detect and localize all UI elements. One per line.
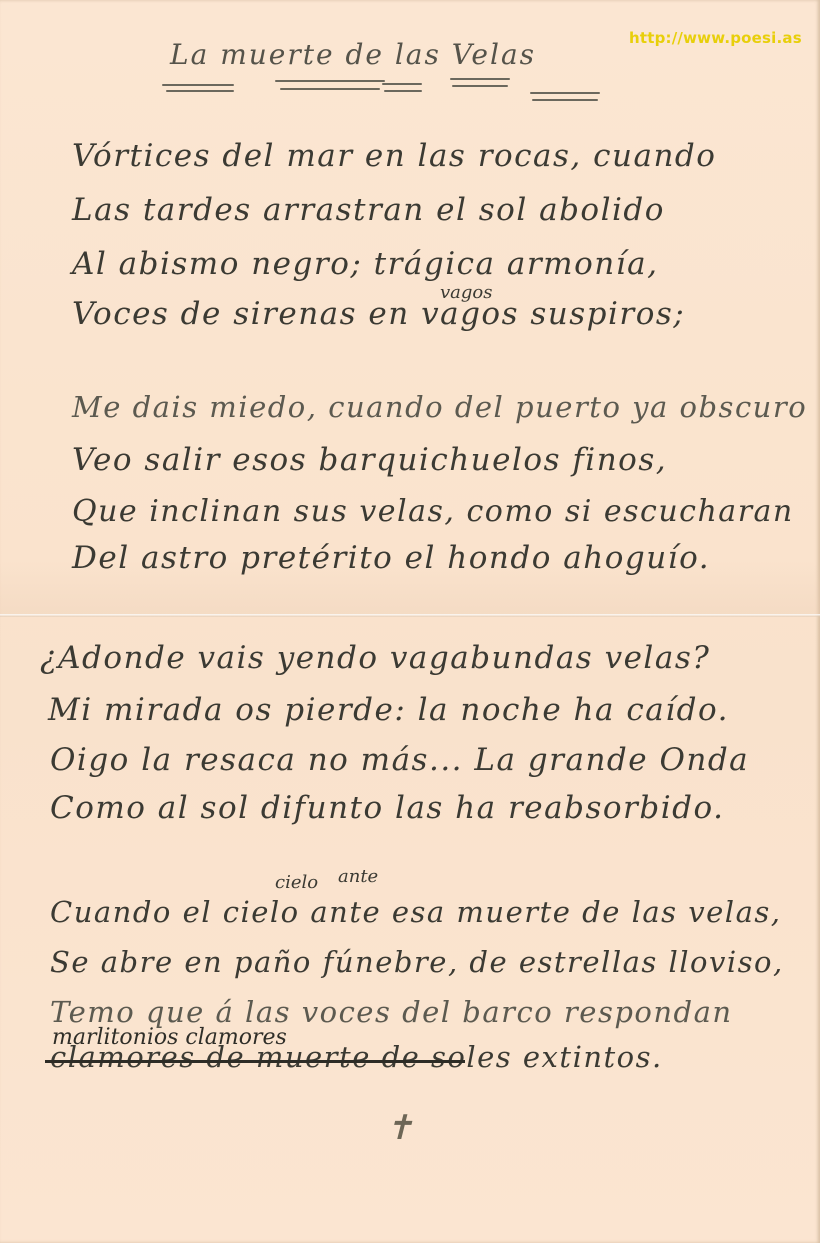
poem-line: clamores de muerte de soles extintos. — [50, 1040, 663, 1074]
poem-line: Se abre en paño fúnebre, de estrellas ll… — [50, 945, 784, 979]
poem-line: Temo que á las voces del barco respondan — [50, 995, 733, 1029]
title-underline — [384, 90, 422, 92]
title-underline — [280, 88, 380, 90]
page-fold-line — [0, 614, 820, 617]
correction-insert: ante — [338, 866, 378, 887]
poem-line: Oigo la resaca no más... La grande Onda — [50, 742, 749, 778]
title-underline — [450, 78, 510, 80]
poem-line: Mi mirada os pierde: la noche ha caído. — [48, 692, 729, 728]
poem-line: Voces de sirenas en vagos suspiros; — [72, 296, 685, 332]
poem-line: Como al sol difunto las ha reabsorbido. — [50, 790, 724, 826]
title-underline — [382, 83, 422, 85]
strikethrough-mark — [45, 1060, 465, 1063]
end-flourish-icon: ✝ — [385, 1108, 414, 1148]
poem-line: ¿Adonde vais yendo vagabundas velas? — [40, 640, 710, 676]
correction-insert: vagos — [440, 282, 493, 303]
poem-line: Vórtices del mar en las rocas, cuando — [72, 138, 716, 174]
title-underline — [452, 85, 508, 87]
poem-line: Del astro pretérito el hondo ahoguío. — [72, 540, 710, 576]
poem-line: Las tardes arrastran el sol abolido — [72, 192, 665, 228]
site-watermark[interactable]: http://www.poesi.as — [629, 29, 802, 47]
title-underline — [530, 92, 600, 94]
title-underline — [275, 80, 385, 82]
correction-insert: cielo — [275, 872, 318, 893]
poem-title: La muerte de las Velas — [170, 38, 536, 71]
poem-line: Al abismo negro; trágica armonía, — [72, 246, 658, 282]
title-underline — [162, 84, 234, 86]
poem-line: Me dais miedo, cuando del puerto ya obsc… — [72, 390, 807, 424]
title-underline — [532, 99, 598, 101]
poem-line: Cuando el cielo ante esa muerte de las v… — [50, 895, 781, 929]
poem-line: Veo salir esos barquichuelos finos, — [72, 442, 667, 478]
title-underline — [166, 90, 234, 92]
poem-line: Que inclinan sus velas, como si escuchar… — [72, 494, 794, 529]
